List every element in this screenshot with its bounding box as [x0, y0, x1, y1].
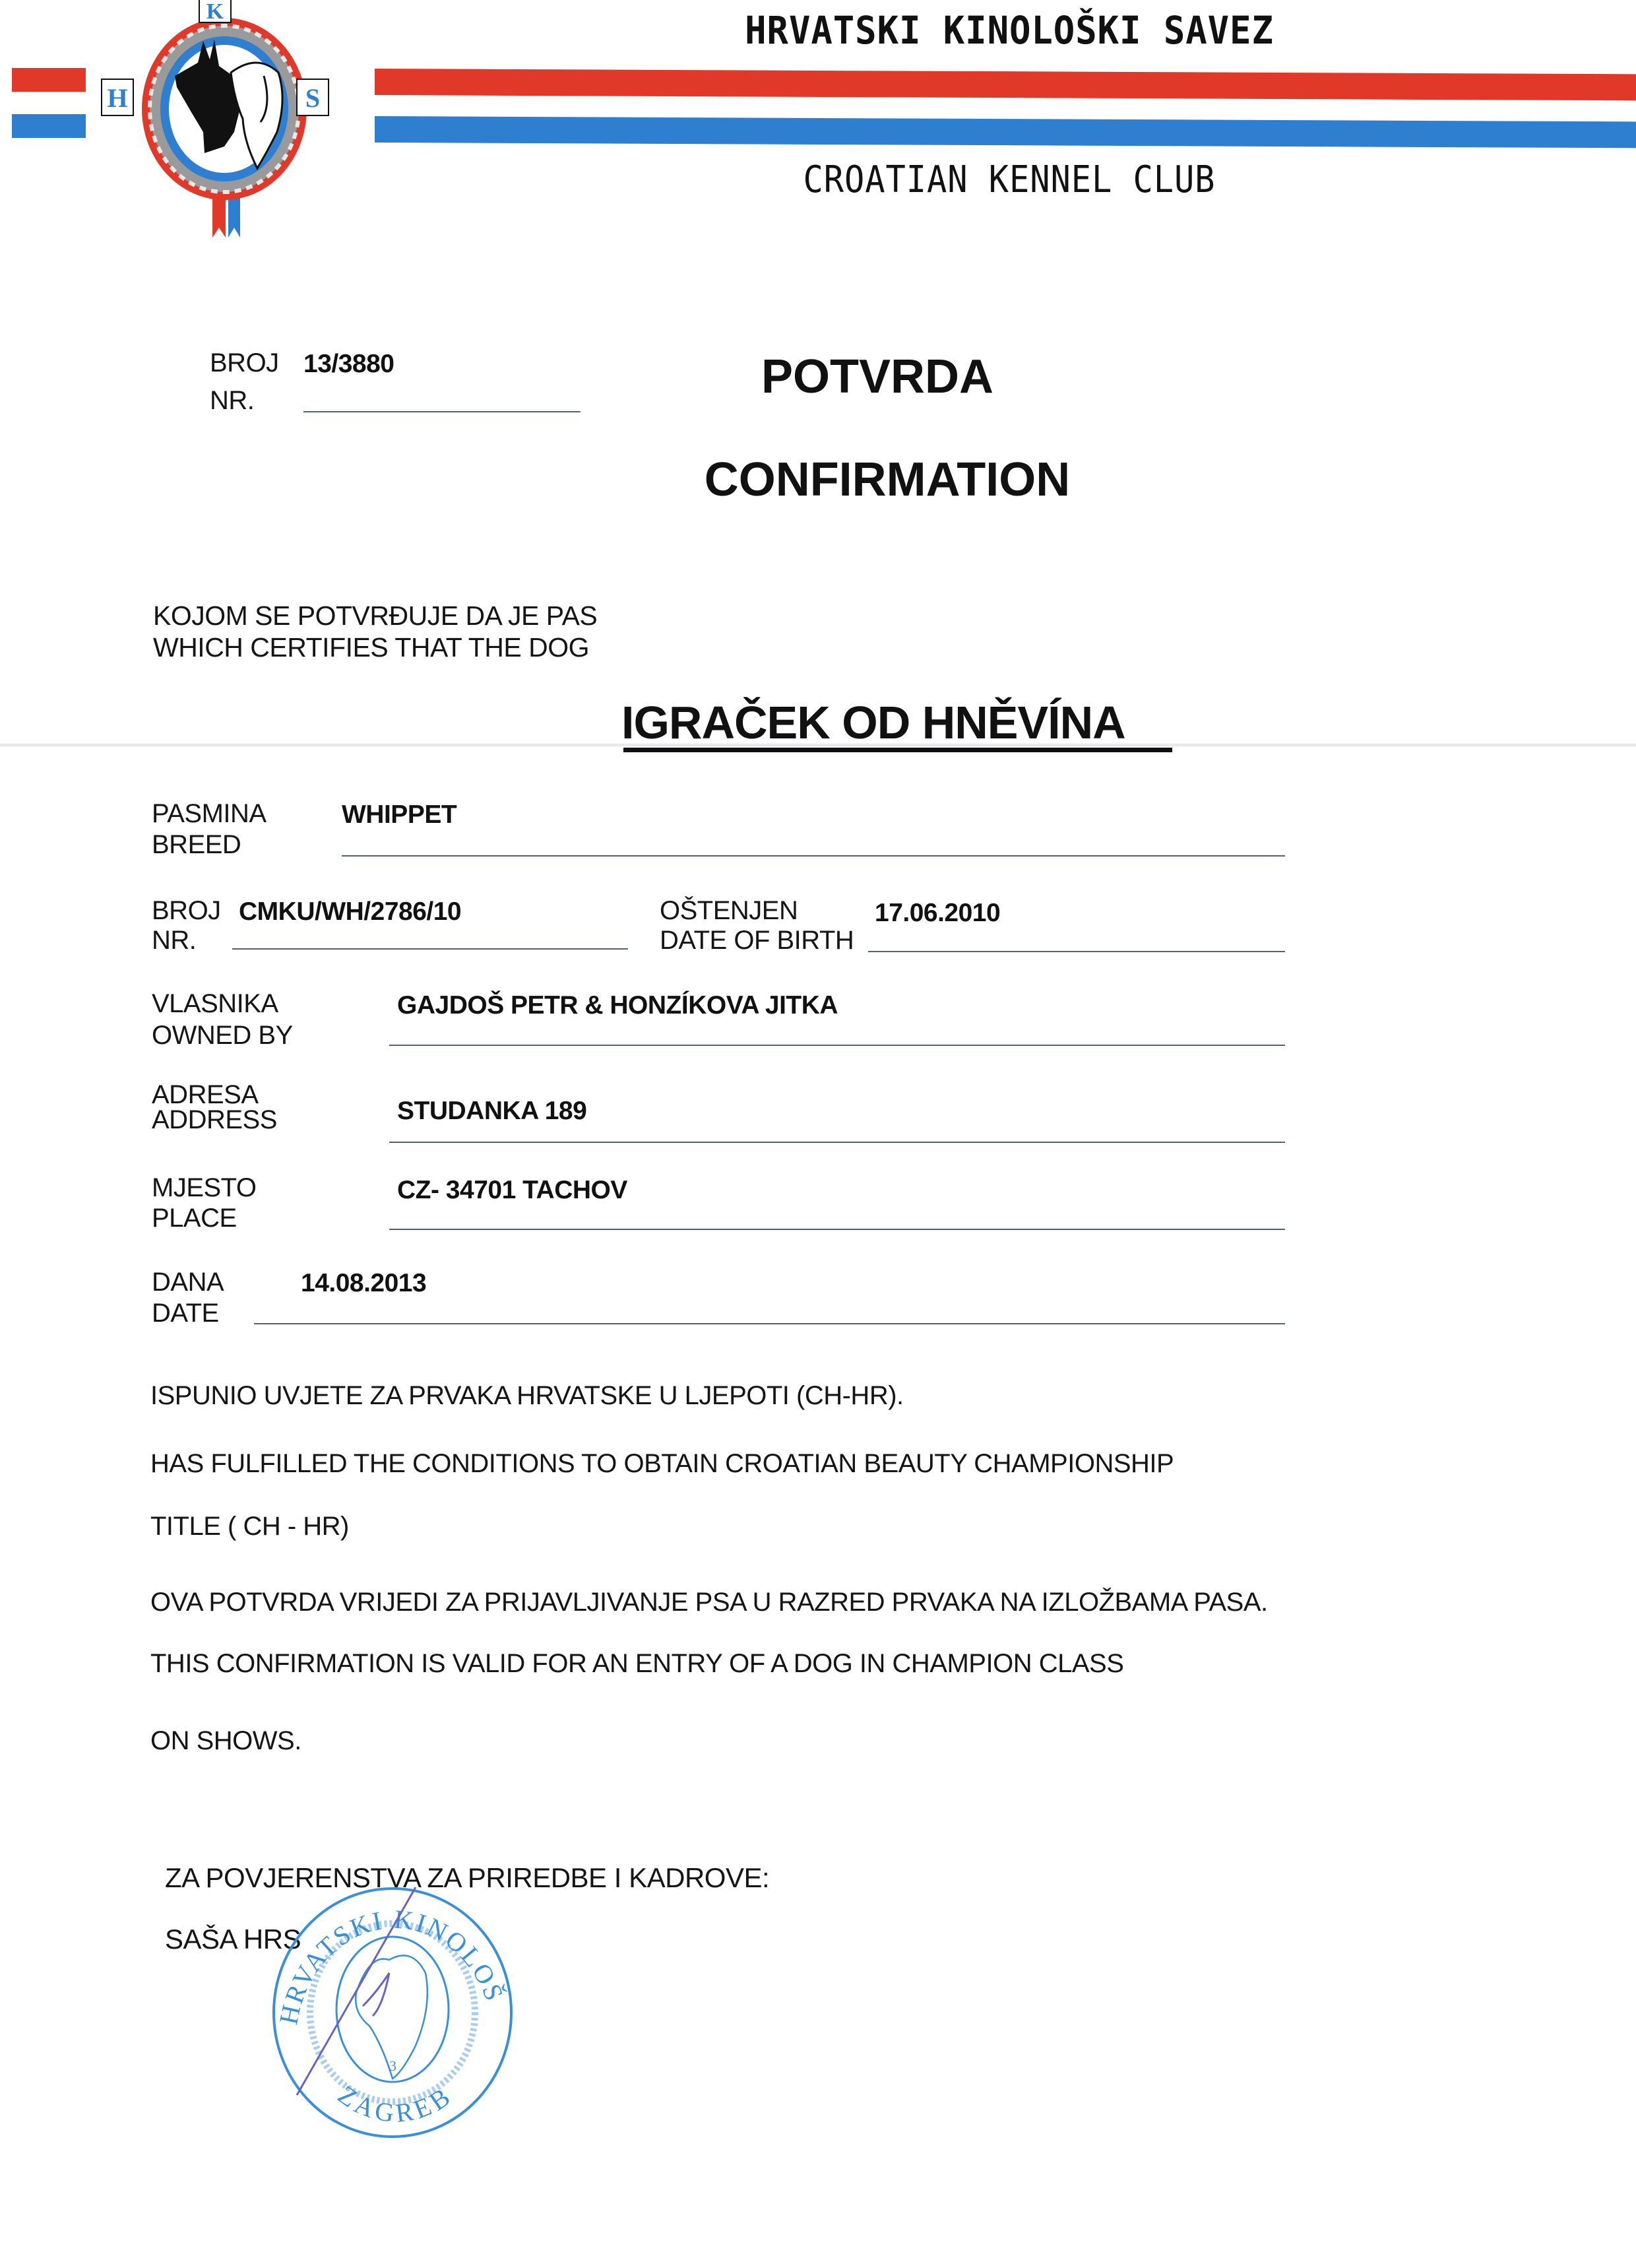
breed-label-en: BREED: [152, 829, 241, 860]
official-stamp-icon: HRVATSKI KINOLOŠKI SAVEZ ZAGREB 3: [257, 1874, 534, 2138]
flag-stripe-red-right: [375, 69, 1636, 100]
place-label-en: PLACE: [152, 1203, 237, 1233]
statement-hr-1: ISPUNIO UVJETE ZA PRVAKA HRVATSKE U LJEP…: [150, 1381, 904, 1411]
breed-value: WHIPPET: [342, 800, 456, 829]
dob-value: 17.06.2010: [875, 899, 1000, 928]
statement-en-1: HAS FULFILLED THE CONDITIONS TO OBTAIN C…: [150, 1449, 1174, 1479]
address-underline: [389, 1142, 1285, 1143]
address-value: STUDANKA 189: [397, 1097, 586, 1126]
date-value: 14.08.2013: [301, 1269, 426, 1298]
dog-name-underline: [623, 748, 1172, 752]
dob-label-en: DATE OF BIRTH: [660, 925, 854, 956]
org-name-croatian: HRVATSKI KINOLOŠKI SAVEZ: [703, 8, 1316, 53]
reg-number-label-hr: BROJ: [152, 895, 221, 926]
statement-en-3: THIS CONFIRMATION IS VALID FOR AN ENTRY …: [150, 1649, 1123, 1679]
intro-croatian: KOJOM SE POTVRĐUJE DA JE PAS: [153, 600, 597, 631]
reg-number-value: CMKU/WH/2786/10: [239, 897, 461, 926]
flag-stripe-blue-right: [375, 116, 1636, 148]
reg-number-underline: [232, 948, 628, 950]
number-underline: [303, 411, 581, 412]
dob-label-hr: OŠTENJEN: [660, 895, 798, 926]
statement-en-4: ON SHOWS.: [150, 1726, 301, 1756]
statement-en-2: TITLE ( CH - HR): [150, 1512, 349, 1541]
svg-text:ZAGREB: ZAGREB: [332, 2079, 458, 2128]
owner-label-en: OWNED BY: [152, 1020, 293, 1051]
document-number-value: 13/3880: [303, 350, 394, 379]
dob-underline: [868, 951, 1285, 952]
flag-stripe-red-left: [12, 68, 86, 92]
svg-text:H: H: [107, 83, 127, 113]
owner-value: GAJDOŠ PETR & HONZÍKOVA JITKA: [397, 991, 838, 1020]
owner-label-hr: VLASNIKA: [152, 988, 278, 1019]
date-label-en: DATE: [152, 1298, 219, 1328]
date-label-hr: DANA: [152, 1267, 224, 1297]
number-label-en: NR.: [210, 385, 254, 416]
address-label-hr: ADRESA: [152, 1082, 259, 1107]
dog-name: IGRAČEK OD HNĚVÍNA: [621, 696, 1125, 749]
svg-text:K: K: [206, 0, 224, 24]
statement-hr-2: OVA POTVRDA VRIJEDI ZA PRIJAVLJIVANJE PS…: [150, 1588, 1268, 1617]
number-label-hr: BROJ: [210, 348, 279, 378]
flag-stripe-blue-left: [12, 114, 86, 138]
svg-text:S: S: [305, 83, 320, 113]
intro-english: WHICH CERTIFIES THAT THE DOG: [153, 632, 589, 663]
title-croatian: POTVRDA: [712, 350, 1042, 404]
owner-underline: [389, 1045, 1285, 1046]
address-label-en: ADDRESS: [152, 1107, 277, 1132]
place-label-hr: MJESTO: [152, 1173, 257, 1203]
org-name-english: CROATIAN KENNEL CLUB: [712, 158, 1306, 201]
kennel-club-logo-icon: K H S: [99, 0, 350, 244]
reg-number-label-en: NR.: [152, 925, 196, 956]
svg-text:3: 3: [389, 2057, 396, 2074]
breed-label-hr: PASMINA: [152, 798, 267, 829]
date-underline: [254, 1323, 1285, 1324]
title-english: CONFIRMATION: [660, 453, 1115, 507]
place-underline: [389, 1229, 1285, 1230]
breed-underline: [342, 855, 1285, 857]
place-value: CZ- 34701 TACHOV: [397, 1176, 627, 1205]
